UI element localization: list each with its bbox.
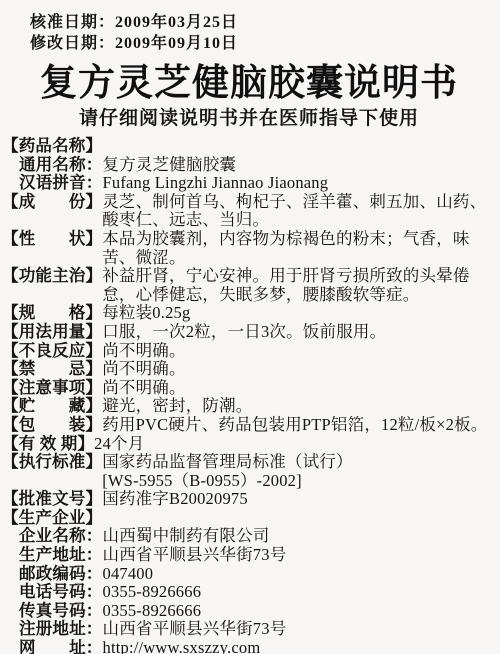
section-value: 药用PVC硬片、药品包装用PTP铝箔，12粒/板×2板。 xyxy=(102,416,496,435)
field-production-address: 生产地址： 山西省平顺县兴华街73号 xyxy=(2,546,496,565)
section-label: 【药品名称】 xyxy=(2,137,102,156)
section-label: 【贮 藏】 xyxy=(2,397,102,416)
section-value: 补益肝肾，宁心安神。用于肝肾亏损所致的头晕倦怠，心悸健忘，失眠多梦，腰膝酸软等症… xyxy=(102,267,496,304)
section-value: 24个月 xyxy=(94,435,496,454)
date-block: 核准日期：2009年03月25日 修改日期：2009年09月10日 xyxy=(30,12,496,54)
section-value: 口服，一次2粒，一日3次。饭前服用。 xyxy=(102,323,496,342)
section-packaging: 【包 装】 药用PVC硬片、药品包装用PTP铝箔，12粒/板×2板。 xyxy=(2,416,496,435)
revision-date-value: 2009年09月10日 xyxy=(115,35,238,52)
section-value: 国家药品监督管理局标准（试行） [WS-5955（B-0955）-2002] xyxy=(102,453,496,490)
section-label: 【规 格】 xyxy=(2,304,102,323)
section-approval-number: 【批准文号】 国药准字B20020975 xyxy=(2,490,496,509)
section-properties: 【性 状】 本品为胶囊剂，内容物为棕褐色的粉末；气香，味苦、微涩。 xyxy=(2,230,496,267)
section-value: 尚不明确。 xyxy=(102,379,496,398)
field-value: 复方灵芝健脑胶囊 xyxy=(103,156,497,175)
section-label: 【功能主治】 xyxy=(2,267,102,286)
section-value: 每粒装0.25g xyxy=(102,304,496,323)
section-label: 【有 效 期】 xyxy=(2,435,94,454)
field-value: Fufang Lingzhi Jiannao Jiaonang xyxy=(103,174,497,193)
section-composition: 【成 份】 灵芝、制何首乌、枸杞子、淫羊藿、刺五加、山药、酸枣仁、远志、当归。 xyxy=(2,193,496,230)
section-value: 尚不明确。 xyxy=(102,342,496,361)
field-label: 注册地址： xyxy=(19,620,103,639)
field-value: 山西蜀中制药有限公司 xyxy=(103,527,497,546)
section-storage: 【贮 藏】 避光，密封，防潮。 xyxy=(2,397,496,416)
section-label: 【批准文号】 xyxy=(2,490,102,509)
section-label: 【包 装】 xyxy=(2,416,102,435)
section-dosage: 【用法用量】 口服，一次2粒，一日3次。饭前服用。 xyxy=(2,323,496,342)
standard-line-2: [WS-5955（B-0955）-2002] xyxy=(102,472,496,491)
approval-date-row: 核准日期：2009年03月25日 xyxy=(30,12,496,33)
field-pinyin: 汉语拼音： Fufang Lingzhi Jiannao Jiaonang xyxy=(2,174,496,193)
field-label: 邮政编码： xyxy=(19,565,103,584)
field-website: 网 址： http://www.sxszzy.com xyxy=(2,639,496,654)
section-label: 【禁 忌】 xyxy=(2,360,102,379)
approval-date-value: 2009年03月25日 xyxy=(115,14,238,31)
section-label: 【成 份】 xyxy=(2,193,102,212)
field-label: 生产地址： xyxy=(19,546,103,565)
field-label: 网 址： xyxy=(19,639,103,654)
section-contraindications: 【禁 忌】 尚不明确。 xyxy=(2,360,496,379)
revision-date-row: 修改日期：2009年09月10日 xyxy=(30,33,496,54)
field-label: 传真号码： xyxy=(19,602,103,621)
page-subtitle: 请仔细阅读说明书并在医师指导下使用 xyxy=(2,107,496,130)
field-value: 山西省平顺县兴华街73号 xyxy=(103,620,497,639)
field-value: 0355-8926666 xyxy=(103,583,497,602)
section-value: 本品为胶囊剂，内容物为棕褐色的粉末；气香，味苦、微涩。 xyxy=(102,230,496,267)
section-value: 国药准字B20020975 xyxy=(102,490,496,509)
section-adverse-reactions: 【不良反应】 尚不明确。 xyxy=(2,342,496,361)
field-postal-code: 邮政编码： 047400 xyxy=(2,565,496,584)
field-label: 汉语拼音： xyxy=(19,174,103,193)
section-value: 灵芝、制何首乌、枸杞子、淫羊藿、刺五加、山药、酸枣仁、远志、当归。 xyxy=(102,193,496,230)
section-label: 【性 状】 xyxy=(2,230,102,249)
section-standard: 【执行标准】 国家药品监督管理局标准（试行） [WS-5955（B-0955）-… xyxy=(2,453,496,490)
section-label: 【执行标准】 xyxy=(2,453,102,472)
section-indications: 【功能主治】 补益肝肾，宁心安神。用于肝肾亏损所致的头晕倦怠，心悸健忘，失眠多梦… xyxy=(2,267,496,304)
section-value: 避光，密封，防潮。 xyxy=(102,397,496,416)
approval-date-label: 核准日期： xyxy=(30,14,115,31)
leaflet-body: 【药品名称】 通用名称： 复方灵芝健脑胶囊 汉语拼音： Fufang Lingz… xyxy=(2,137,496,654)
section-label: 【不良反应】 xyxy=(2,342,102,361)
field-registered-address: 注册地址： 山西省平顺县兴华街73号 xyxy=(2,620,496,639)
section-drug-name: 【药品名称】 xyxy=(2,137,496,156)
section-validity: 【有 效 期】 24个月 xyxy=(2,435,496,454)
section-label: 【用法用量】 xyxy=(2,323,102,342)
drug-leaflet-page: 核准日期：2009年03月25日 修改日期：2009年09月10日 复方灵芝健脑… xyxy=(0,0,500,654)
standard-line-1: 国家药品监督管理局标准（试行） xyxy=(102,453,496,472)
section-specification: 【规 格】 每粒装0.25g xyxy=(2,304,496,323)
revision-date-label: 修改日期： xyxy=(30,35,115,52)
field-value: 0355-8926666 xyxy=(103,602,497,621)
field-label: 企业名称： xyxy=(19,527,103,546)
section-manufacturer: 【生产企业】 xyxy=(2,509,496,528)
section-value: 尚不明确。 xyxy=(102,360,496,379)
field-company-name: 企业名称： 山西蜀中制药有限公司 xyxy=(2,527,496,546)
field-phone: 电话号码： 0355-8926666 xyxy=(2,583,496,602)
field-value: 山西省平顺县兴华街73号 xyxy=(103,546,497,565)
page-title: 复方灵芝健脑胶囊说明书 xyxy=(2,62,496,104)
field-value: 047400 xyxy=(103,565,497,584)
section-precautions: 【注意事项】 尚不明确。 xyxy=(2,379,496,398)
section-label: 【注意事项】 xyxy=(2,379,102,398)
section-label: 【生产企业】 xyxy=(2,509,102,528)
field-label: 电话号码： xyxy=(19,583,103,602)
field-label: 通用名称： xyxy=(19,156,103,175)
field-value: http://www.sxszzy.com xyxy=(103,639,497,654)
field-generic-name: 通用名称： 复方灵芝健脑胶囊 xyxy=(2,156,496,175)
field-fax: 传真号码： 0355-8926666 xyxy=(2,602,496,621)
